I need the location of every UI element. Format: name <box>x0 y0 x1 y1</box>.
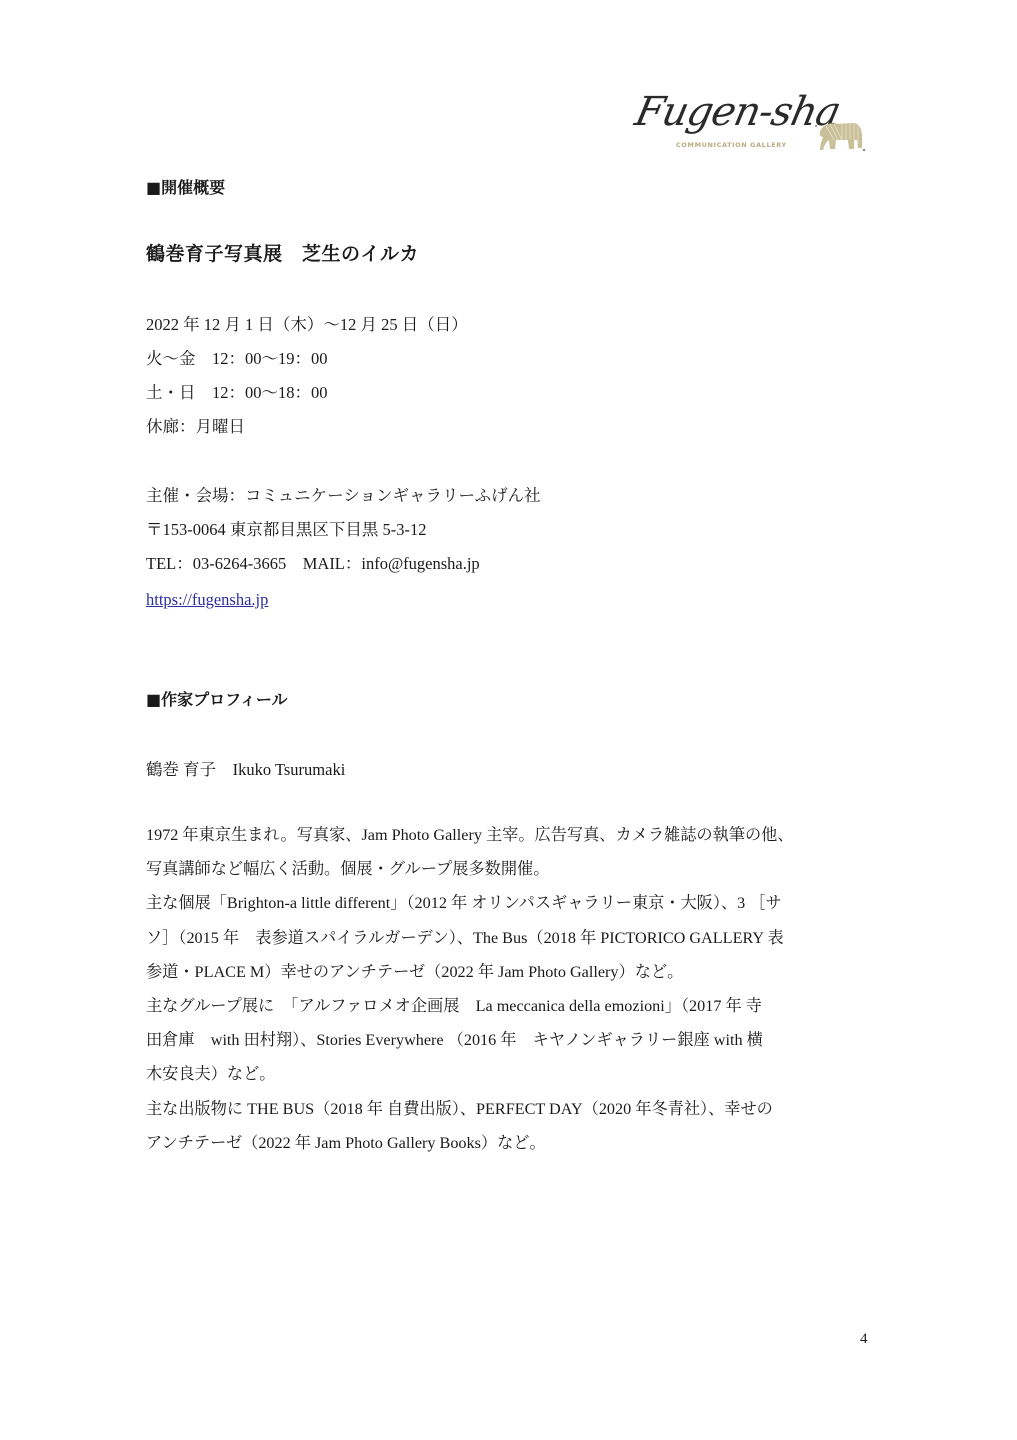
exhibition-dates: 2022 年 12 月 1 日（木）～12 月 25 日（日） <box>146 314 468 336</box>
closed-days: 休廊：月曜日 <box>146 416 245 438</box>
hours-weekday: 火～金 12：00～19：00 <box>146 348 328 370</box>
bio-line: 主なグループ展に 「アルファロメオ企画展 La meccanica della … <box>146 989 874 1023</box>
website-link[interactable]: https://fugensha.jp <box>146 589 268 611</box>
bio-line: 主な出版物に THE BUS（2018 年 自費出版）、PERFECT DAY（… <box>146 1092 874 1126</box>
bio-line: アンチテーゼ（2022 年 Jam Photo Gallery Books）など… <box>146 1126 874 1160</box>
profile-heading: ■作家プロフィール <box>146 689 288 711</box>
page-number: 4 <box>860 1331 868 1348</box>
contact-info: TEL：03-6264-3665 MAIL：info@fugensha.jp <box>146 553 480 575</box>
overview-heading: ■開催概要 <box>146 177 225 199</box>
document-page: Fugen-sha COMMUNICATION GALLERY ■開催概要 鶴巻… <box>0 0 1017 1440</box>
organizer-venue: 主催・会場：コミュニケーションギャラリーふげん社 <box>146 485 541 507</box>
bio-line: 1972 年東京生まれ。写真家、Jam Photo Gallery 主宰。広告写… <box>146 818 874 852</box>
artist-name: 鶴巻 育子 Ikuko Tsurumaki <box>146 759 345 781</box>
bio-line: 田倉庫 with 田村翔）、Stories Everywhere （2016 年… <box>146 1023 874 1057</box>
bio-line: 写真講師など幅広く活動。個展・グループ展多数開催。 <box>146 852 874 886</box>
bio-line: 参道・PLACE M）幸せのアンチテーゼ（2022 年 Jam Photo Ga… <box>146 955 874 989</box>
hours-weekend: 土・日 12：00～18：00 <box>146 382 328 404</box>
artist-biography: 1972 年東京生まれ。写真家、Jam Photo Gallery 主宰。広告写… <box>146 818 874 1160</box>
bio-line: 木安良夫）など。 <box>146 1057 874 1091</box>
elephant-icon <box>814 118 866 154</box>
logo-subtitle: COMMUNICATION GALLERY <box>676 141 787 149</box>
exhibition-title: 鶴巻育子写真展 芝生のイルカ <box>146 243 419 265</box>
bio-line: ソ］（2015 年 表参道スパイラルガーデン）、The Bus（2018 年 P… <box>146 921 874 955</box>
address: 〒153-0064 東京都目黒区下目黒 5-3-12 <box>146 519 426 541</box>
logo-script-text: Fugen-sha <box>630 84 845 140</box>
fugensha-logo: Fugen-sha COMMUNICATION GALLERY <box>636 84 876 164</box>
bio-line: 主な個展「Brighton-a little different」（2012 年… <box>146 886 874 920</box>
